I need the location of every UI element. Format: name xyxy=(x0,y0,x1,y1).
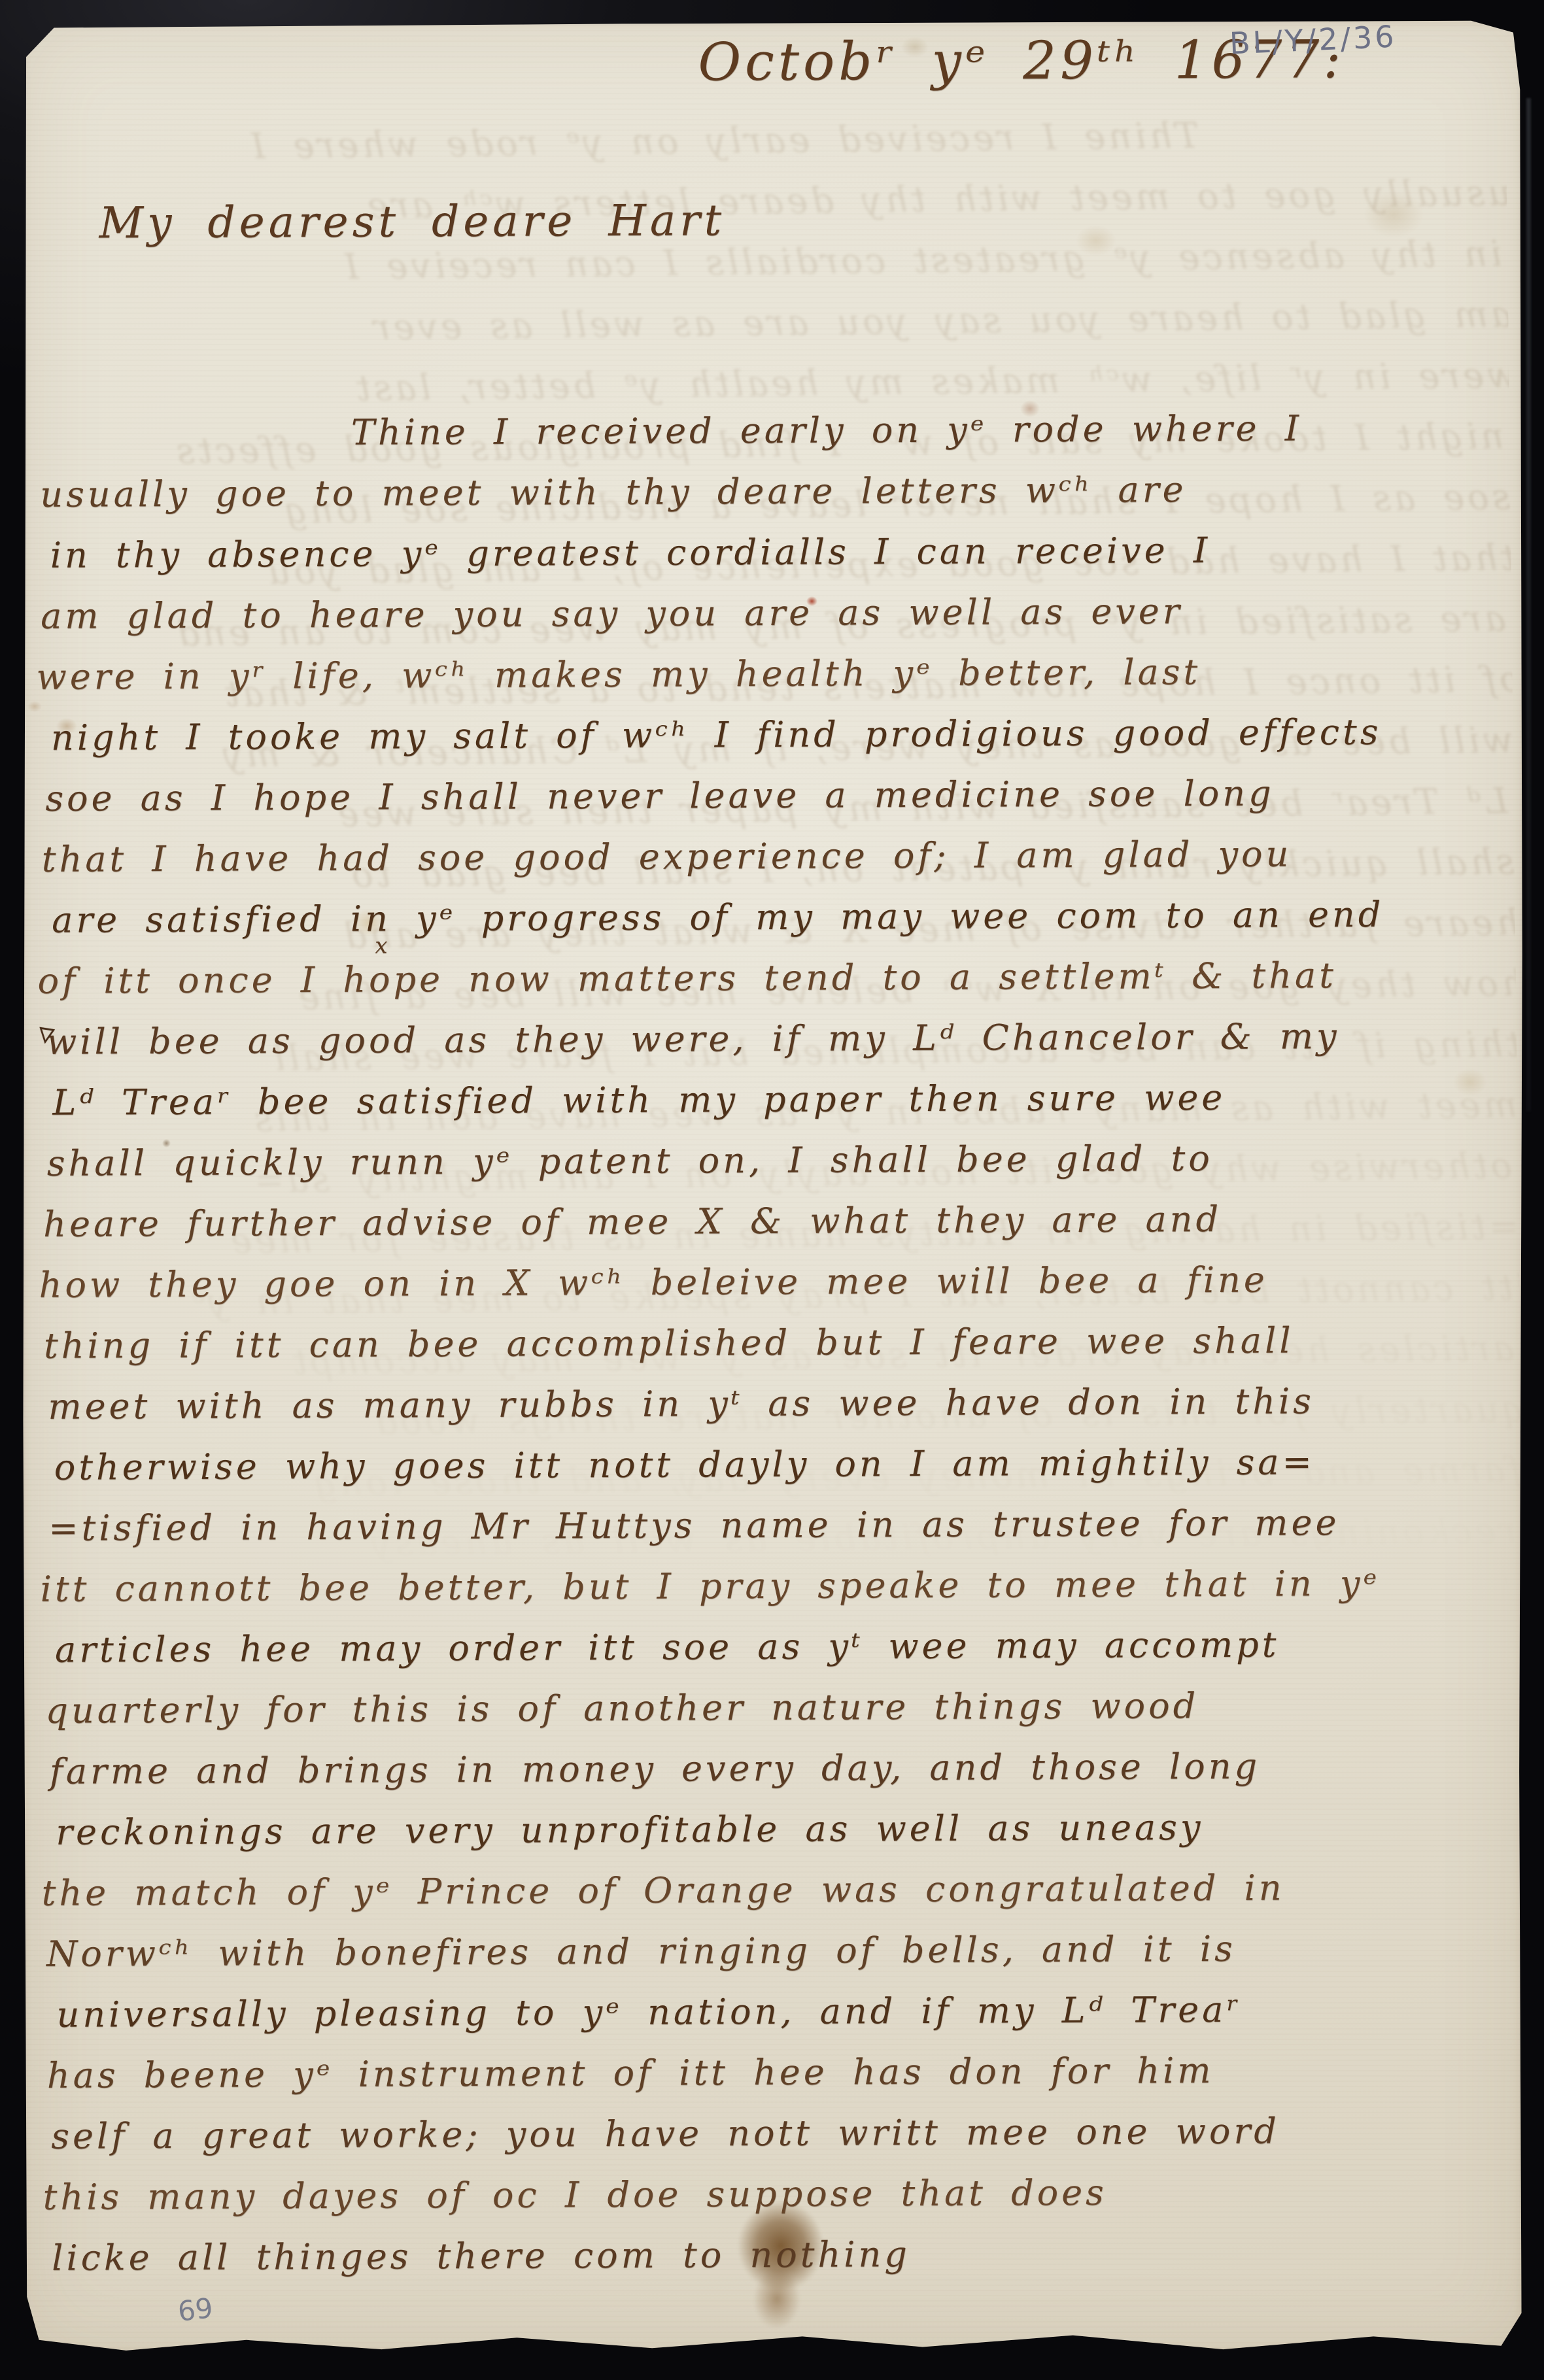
pencil-annotation-layer: BL/Y/2/36 69 xyxy=(0,0,1544,2380)
folio-number-pencil: 69 xyxy=(176,2292,214,2328)
archive-reference-pencil: BL/Y/2/36 xyxy=(1229,18,1398,61)
manuscript-photo: { "page": { "background_color": "#0a0a0e… xyxy=(0,0,1544,2380)
